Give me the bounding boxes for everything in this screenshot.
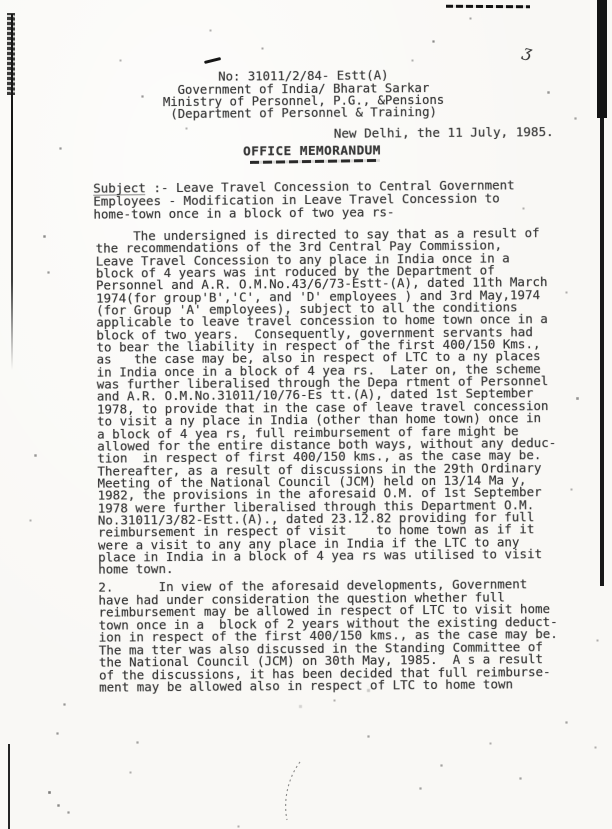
- paragraph-2: 2. In view of the aforesaid developments…: [98, 578, 558, 694]
- text-line: (Department of Personnel & Training): [64, 105, 544, 121]
- paragraph-1: The undersigned is directed to say that …: [96, 227, 558, 576]
- dateline: New Delhi, the 11 July, 1985.: [334, 124, 554, 141]
- text-line: ment may be allowed also in respect of L…: [99, 678, 558, 694]
- organisation-lines: Government of India/ Bharat SarkarMinist…: [63, 81, 543, 121]
- text-line: home-town once in a block of two yea rs-: [93, 205, 515, 221]
- heading-underline: [250, 159, 380, 164]
- subject-block: Subject :- Leave Travel Concession to Ce…: [93, 178, 515, 221]
- scanned-document-page: ʒ No: 31011/2/84- Estt(A) Government of …: [0, 0, 612, 829]
- office-memorandum-heading: OFFICE MEMORANDUM: [6, 142, 612, 162]
- letterhead: No: 31011/2/84- Estt(A) Government of In…: [63, 68, 543, 121]
- document-content: No: 31011/2/84- Estt(A) Government of In…: [0, 0, 612, 829]
- scan-noise-speckles: [0, 0, 1, 1]
